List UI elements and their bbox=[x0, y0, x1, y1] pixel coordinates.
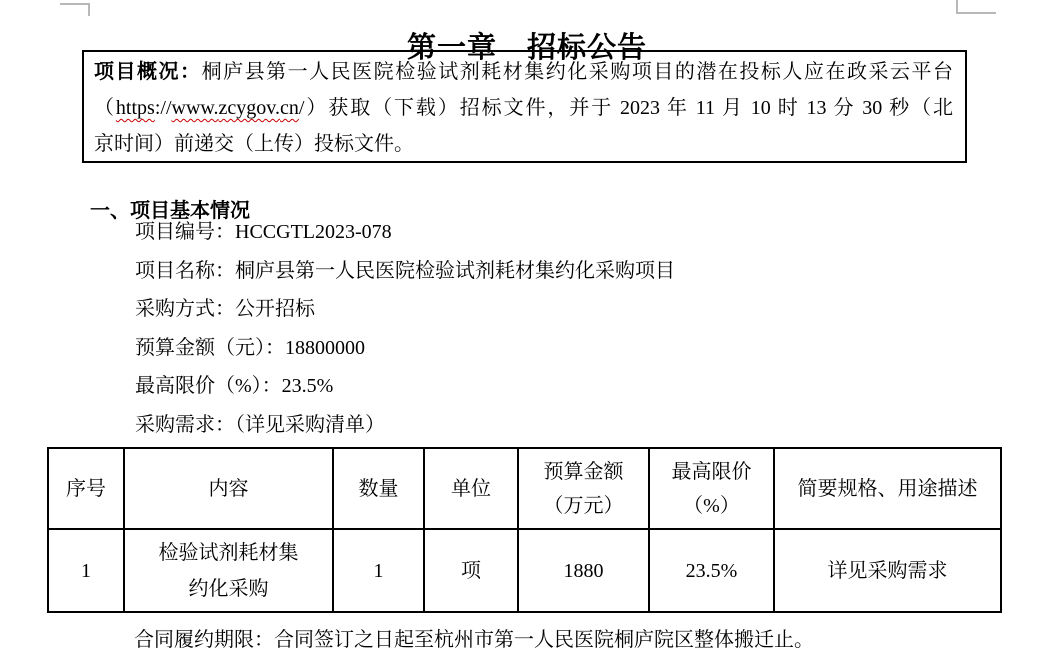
overview-line2-text: ）获取（下载）招标文件，并于 2023 年 11 月 10 时 13 分 30 … bbox=[304, 97, 953, 119]
project-fields: 项目编号：HCCGTL2023-078 项目名称：桐庐县第一人民医院检验试剂耗材… bbox=[135, 213, 675, 444]
procurement-items-table: 序号 内容 数量 单位 预算金额 （万元） 最高限价 （%） 简要规格、用途描述… bbox=[47, 447, 1002, 613]
cell-unit: 项 bbox=[424, 529, 518, 612]
url-www[interactable]: www. bbox=[172, 97, 219, 119]
field-procurement-method: 采购方式：公开招标 bbox=[135, 290, 675, 329]
table-row: 1 检验试剂耗材集约化采购 1 项 1880 23.5% 详见采购需求 bbox=[48, 529, 1001, 612]
col-header-content: 内容 bbox=[124, 448, 333, 529]
url-scheme[interactable]: https bbox=[116, 97, 155, 119]
margin-mark-left-horizontal bbox=[60, 3, 90, 5]
cell-budget: 1880 bbox=[518, 529, 649, 612]
col-header-budget: 预算金额 （万元） bbox=[518, 448, 649, 529]
margin-mark-left-vertical bbox=[88, 3, 90, 16]
table-header-row: 序号 内容 数量 单位 预算金额 （万元） 最高限价 （%） 简要规格、用途描述 bbox=[48, 448, 1001, 529]
overview-line-3: 京时间）前递交（上传）投标文件。 bbox=[94, 126, 953, 162]
open-paren: （ bbox=[94, 97, 116, 119]
field-project-name: 项目名称：桐庐县第一人民医院检验试剂耗材集约化采购项目 bbox=[135, 252, 675, 291]
overview-label: 项目概况： bbox=[94, 61, 202, 83]
cell-spec-desc: 详见采购需求 bbox=[774, 529, 1001, 612]
col-header-seq: 序号 bbox=[48, 448, 124, 529]
url-tld[interactable]: cn bbox=[280, 97, 299, 119]
col-header-quantity: 数量 bbox=[333, 448, 424, 529]
project-overview-box: 项目概况：桐庐县第一人民医院检验试剂耗材集约化采购项目的潜在投标人应在政采云平台… bbox=[82, 50, 967, 163]
overview-line-1: 项目概况：桐庐县第一人民医院检验试剂耗材集约化采购项目的潜在投标人应在政采云平台 bbox=[94, 54, 953, 90]
cell-content: 检验试剂耗材集约化采购 bbox=[124, 529, 333, 612]
cell-max-price: 23.5% bbox=[649, 529, 774, 612]
cell-quantity: 1 bbox=[333, 529, 424, 612]
col-header-spec-desc: 简要规格、用途描述 bbox=[774, 448, 1001, 529]
col-header-unit: 单位 bbox=[424, 448, 518, 529]
contract-term-note: 合同履约期限：合同签订之日起至杭州市第一人民医院桐庐院区整体搬迁止。 bbox=[134, 625, 814, 655]
margin-mark-right-horizontal bbox=[956, 12, 996, 14]
field-project-number: 项目编号：HCCGTL2023-078 bbox=[135, 213, 675, 252]
field-max-price-limit: 最高限价（%）：23.5% bbox=[135, 367, 675, 406]
field-procurement-demand: 采购需求：（详见采购清单） bbox=[135, 406, 675, 445]
field-budget-amount: 预算金额（元）：18800000 bbox=[135, 329, 675, 368]
url-separator[interactable]: :// bbox=[155, 97, 172, 119]
overview-line1-text: 桐庐县第一人民医院检验试剂耗材集约化采购项目的潜在投标人应在政采云平台 bbox=[202, 61, 953, 83]
cell-seq: 1 bbox=[48, 529, 124, 612]
col-header-max-price: 最高限价 （%） bbox=[649, 448, 774, 529]
overview-line-2: （https://www.zcygov.cn/）获取（下载）招标文件，并于 20… bbox=[94, 90, 953, 126]
url-domain[interactable]: zcygov. bbox=[219, 97, 280, 119]
